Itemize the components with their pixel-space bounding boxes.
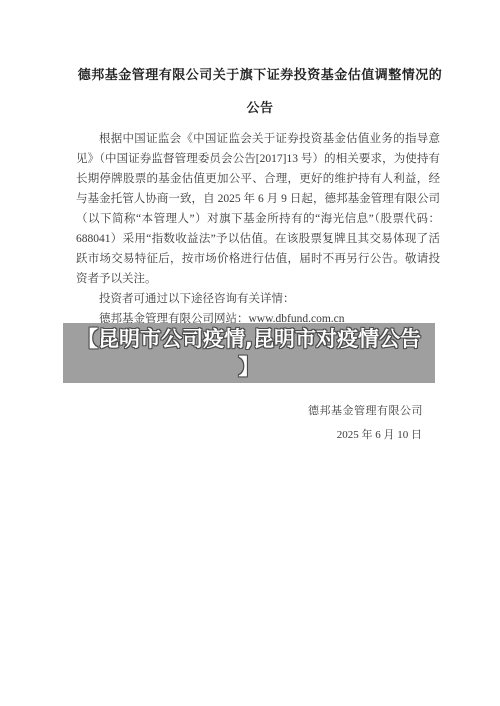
document-title: 德邦基金管理有限公司关于旗下证券投资基金估值调整情况的 公告 — [76, 58, 444, 124]
signature-company: 德邦基金管理有限公司 — [308, 404, 423, 418]
announcement-page: 德邦基金管理有限公司关于旗下证券投资基金估值调整情况的 公告 根据中国证监会《中… — [0, 0, 500, 706]
document-body: 根据中国证监会《中国证监会关于证券投资基金估值业务的指导意见》（中国证券监督管理… — [76, 129, 440, 349]
overlay-caption-line2: 】 — [63, 353, 435, 381]
paragraph-contact-intro: 投资者可通过以下途径咨询有关详情： — [76, 289, 440, 309]
document-title-line2: 公告 — [76, 91, 444, 124]
signature-date: 2025 年 6 月 10 日 — [337, 428, 422, 442]
overlay-caption-band: 【昆明市公司疫情,昆明市对疫情公告 】 — [63, 323, 435, 383]
overlay-caption-line1: 【昆明市公司疫情,昆明市对疫情公告 — [63, 325, 435, 353]
paragraph-valuation-notice: 根据中国证监会《中国证监会关于证券投资基金估值业务的指导意见》（中国证券监督管理… — [76, 129, 440, 289]
document-title-line1: 德邦基金管理有限公司关于旗下证券投资基金估值调整情况的 — [76, 58, 444, 91]
